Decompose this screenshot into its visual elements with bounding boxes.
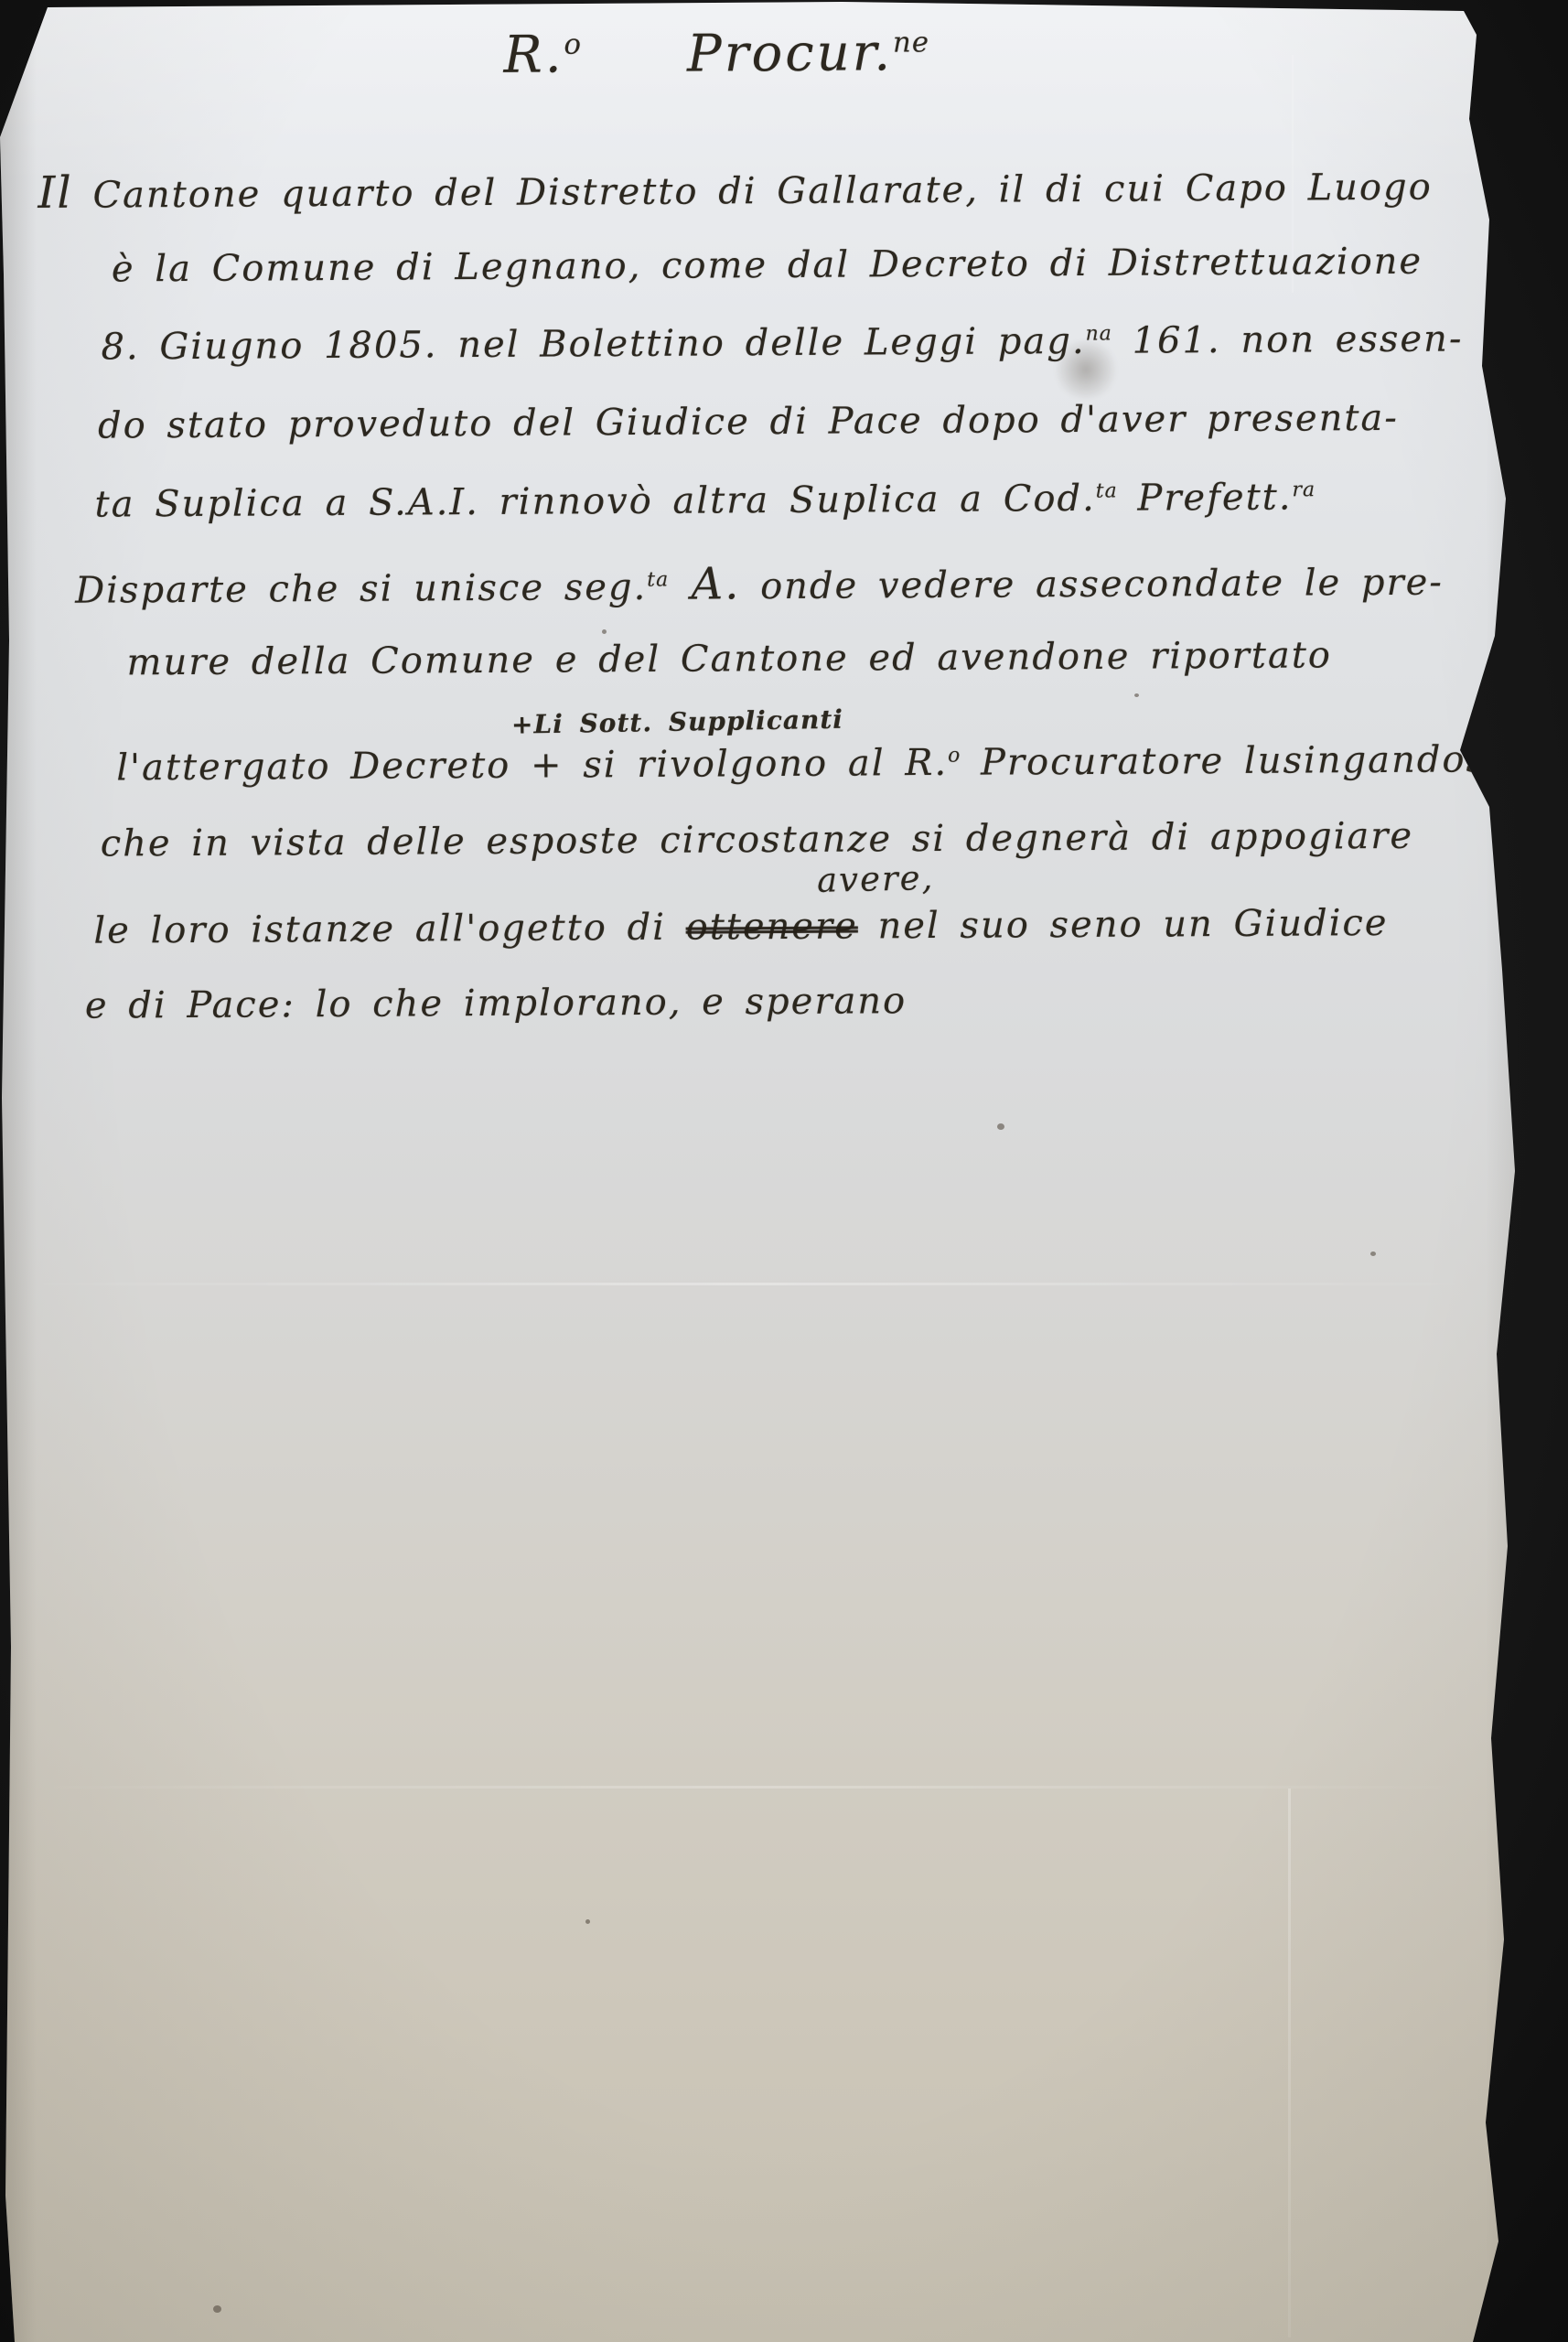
text-run: R. — [503, 25, 564, 84]
text-run: na — [1085, 322, 1112, 345]
text-run: nel suo seno un Giudice — [858, 902, 1389, 948]
text-run: 161. non essen- — [1112, 317, 1464, 361]
text-run: che in vista delle esposte circostanze s… — [101, 815, 1414, 865]
manuscript-paper: R.oProcur.neIl Cantone quarto del Distre… — [0, 0, 1568, 2342]
text-run: do stato proveduto del Giudice di Pace d… — [98, 397, 1399, 447]
text-run: ra — [1292, 478, 1316, 501]
text-run: l'attergato Decreto — [116, 745, 531, 790]
body-line-11: e di Pace: lo che implorano, e sperano — [85, 980, 908, 1026]
text-run: avere, — [817, 858, 935, 900]
photo-canvas: R.oProcur.neIl Cantone quarto del Distre… — [0, 0, 1568, 2342]
body-line-8: l'attergato Decreto + si rivolgono al R.… — [116, 738, 1500, 789]
text-run: + — [531, 744, 564, 786]
body-line-6: Disparte che si unisce seg.ta A. onde ve… — [75, 554, 1444, 614]
interline-insert-supplicanti: +Li Sott. Supplicanti — [511, 704, 843, 740]
text-run: o — [564, 28, 582, 61]
body-line-9: che in vista delle esposte circostanze s… — [101, 815, 1414, 865]
text-run: +Li Sott. Supplicanti — [511, 704, 843, 740]
text-run: è la Comune di Legnano, come dal Decreto… — [112, 241, 1423, 291]
text-run: 8. Giugno 1805. nel Bolettino delle Legg… — [101, 320, 1085, 369]
text-run: le loro istanze all'ogetto di — [93, 907, 686, 952]
text-run: ta Suplica a S.A.I. rinnovò altra Suplic… — [94, 478, 1096, 526]
text-run: Prefett. — [1118, 477, 1293, 520]
text-run: A. — [669, 558, 741, 609]
body-line-1: Il Cantone quarto del Distretto di Galla… — [38, 159, 1433, 219]
text-run: Il — [38, 167, 73, 219]
text-run: ta — [647, 568, 669, 591]
interline-insert-avere: avere, — [817, 858, 935, 900]
text-run: e di Pace: lo che implorano, e sperano — [85, 980, 908, 1026]
text-run: ottenere — [686, 906, 858, 949]
text-run: mure della Comune e del Cantone ed avend… — [126, 634, 1332, 683]
text-run: Cantone quarto del Distretto di Gallarat… — [73, 167, 1433, 217]
text-run: ta — [1096, 479, 1118, 502]
text-run: Procuratore lusingandosi — [961, 738, 1500, 784]
text-run: o — [948, 744, 961, 767]
heading: R.oProcur.ne — [503, 23, 929, 85]
body-line-4: do stato proveduto del Giudice di Pace d… — [98, 397, 1399, 447]
body-line-7: mure della Comune e del Cantone ed avend… — [126, 634, 1332, 683]
body-line-10: le loro istanze all'ogetto di ottenere n… — [93, 902, 1388, 952]
text-run: si rivolgono al R. — [563, 742, 948, 787]
text-run: onde vedere assecondate le pre- — [740, 562, 1444, 608]
text-run: Procur. — [687, 23, 893, 83]
text-run: Disparte che si unisce seg. — [75, 566, 647, 612]
body-line-3: 8. Giugno 1805. nel Bolettino delle Legg… — [101, 317, 1463, 368]
text-run: ne — [893, 26, 929, 59]
body-line-5: ta Suplica a S.A.I. rinnovò altra Suplic… — [94, 476, 1316, 525]
manuscript-text: R.oProcur.neIl Cantone quarto del Distre… — [0, 0, 1568, 2342]
body-line-2: è la Comune di Legnano, come dal Decreto… — [112, 241, 1423, 291]
